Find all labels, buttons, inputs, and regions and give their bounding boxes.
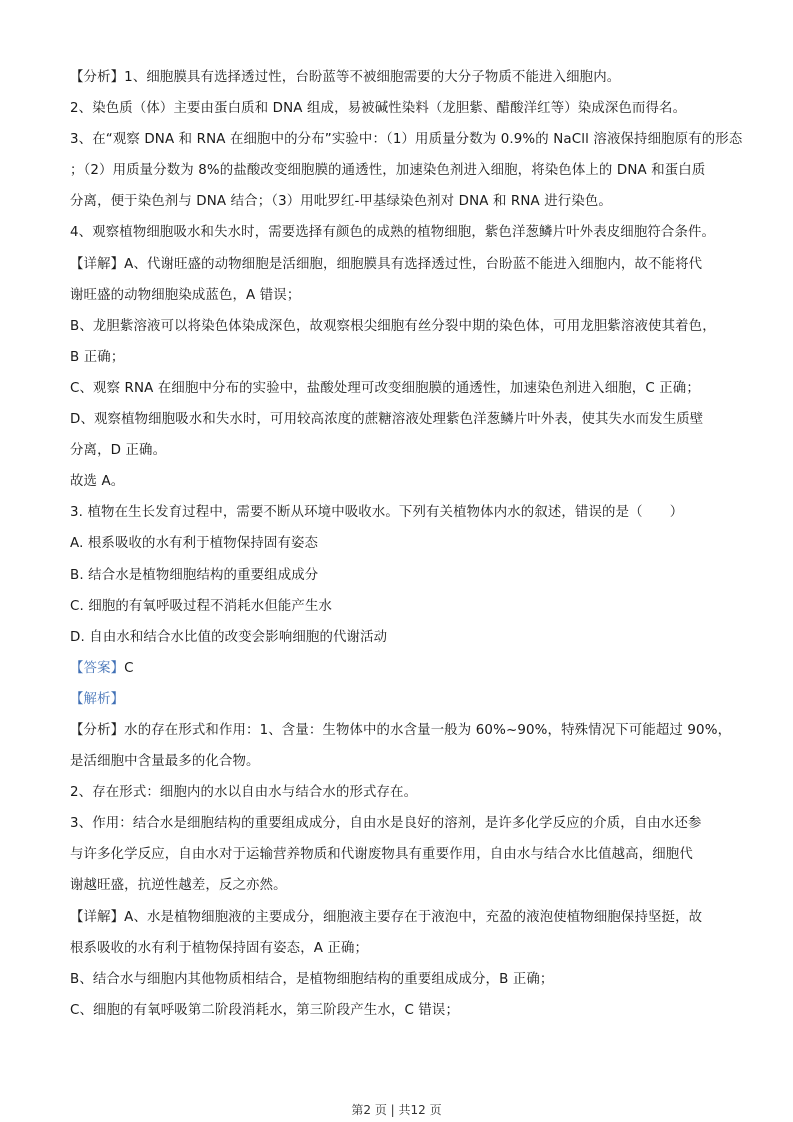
text-line: 3、在“观察 DNA 和 RNA 在细胞中的分布”实验中：（1）用质量分数为 0… <box>70 124 730 155</box>
document-page: 【分析】1、细胞膜具有选择透过性，台盼蓝等不被细胞需要的大分子物质不能进入细胞内… <box>70 62 730 1026</box>
text-line: 2、染色质（体）主要由蛋白质和 DNA 组成，易被碱性染料（龙胆紫、醋酸洋红等）… <box>70 93 730 124</box>
option-d: D. 自由水和结合水比值的改变会影响细胞的代谢活动 <box>70 622 730 653</box>
answer-value: C <box>124 661 134 676</box>
text-line: 是活细胞中含量最多的化合物。 <box>70 746 730 777</box>
text-line: 3、作用：结合水是细胞结构的重要组成成分，自由水是良好的溶剂，是许多化学反应的介… <box>70 808 730 839</box>
question-stem: 3. 植物在生长发育过程中，需要不断从环境中吸收水。下列有关植物体内水的叙述，错… <box>70 497 730 528</box>
text-line: 谢越旺盛，抗逆性越差，反之亦然。 <box>70 870 730 901</box>
text-line: 4、观察植物细胞吸水和失水时，需要选择有颜色的成熟的植物细胞，紫色洋葱鳞片叶外表… <box>70 217 730 248</box>
text-line: 分离，便于染色剂与 DNA 结合；（3）用吡罗红-甲基绿染色剂对 DNA 和 R… <box>70 186 730 217</box>
text-line: C、细胞的有氧呼吸第二阶段消耗水，第三阶段产生水，C 错误； <box>70 995 730 1026</box>
text-line: B 正确； <box>70 342 730 373</box>
option-a: A. 根系吸收的水有利于植物保持固有姿态 <box>70 528 730 559</box>
page-footer: 第2 页 | 共12 页 <box>0 1101 793 1118</box>
text-line: D、观察植物细胞吸水和失水时，可用较高浓度的蔗糖溶液处理紫色洋葱鳞片叶外表，使其… <box>70 404 730 435</box>
text-line: B、结合水与细胞内其他物质相结合，是植物细胞结构的重要组成成分，B 正确； <box>70 964 730 995</box>
text-line: B、龙胆紫溶液可以将染色体染成深色，故观察根尖细胞有丝分裂中期的染色体，可用龙胆… <box>70 311 730 342</box>
answer-line: 【答案】C <box>70 653 730 684</box>
text-line: 【详解】A、水是植物细胞液的主要成分，细胞液主要存在于液泡中，充盈的液泡使植物细… <box>70 902 730 933</box>
text-line: 【分析】水的存在形式和作用：1、含量：生物体中的水含量一般为 60%~90%，特… <box>70 715 730 746</box>
text-line: 【分析】1、细胞膜具有选择透过性，台盼蓝等不被细胞需要的大分子物质不能进入细胞内… <box>70 62 730 93</box>
text-line: 谢旺盛的动物细胞染成蓝色，A 错误； <box>70 280 730 311</box>
answer-label: 【答案】 <box>70 661 124 676</box>
text-line: C、观察 RNA 在细胞中分布的实验中，盐酸处理可改变细胞膜的通透性，加速染色剂… <box>70 373 730 404</box>
option-c: C. 细胞的有氧呼吸过程不消耗水但能产生水 <box>70 591 730 622</box>
text-line: 故选 A。 <box>70 466 730 497</box>
text-line: 【详解】A、代谢旺盛的动物细胞是活细胞，细胞膜具有选择透过性，台盼蓝不能进入细胞… <box>70 249 730 280</box>
text-line: 与许多化学反应，自由水对于运输营养物质和代谢废物具有重要作用，自由水与结合水比值… <box>70 839 730 870</box>
text-line: 根系吸收的水有利于植物保持固有姿态，A 正确； <box>70 933 730 964</box>
analysis-label: 【解析】 <box>70 684 730 715</box>
text-line: 2、存在形式：细胞内的水以自由水与结合水的形式存在。 <box>70 777 730 808</box>
text-line: 分离，D 正确。 <box>70 435 730 466</box>
option-b: B. 结合水是植物细胞结构的重要组成成分 <box>70 560 730 591</box>
text-line: ；（2）用质量分数为 8%的盐酸改变细胞膜的通透性，加速染色剂进入细胞，将染色体… <box>70 155 730 186</box>
